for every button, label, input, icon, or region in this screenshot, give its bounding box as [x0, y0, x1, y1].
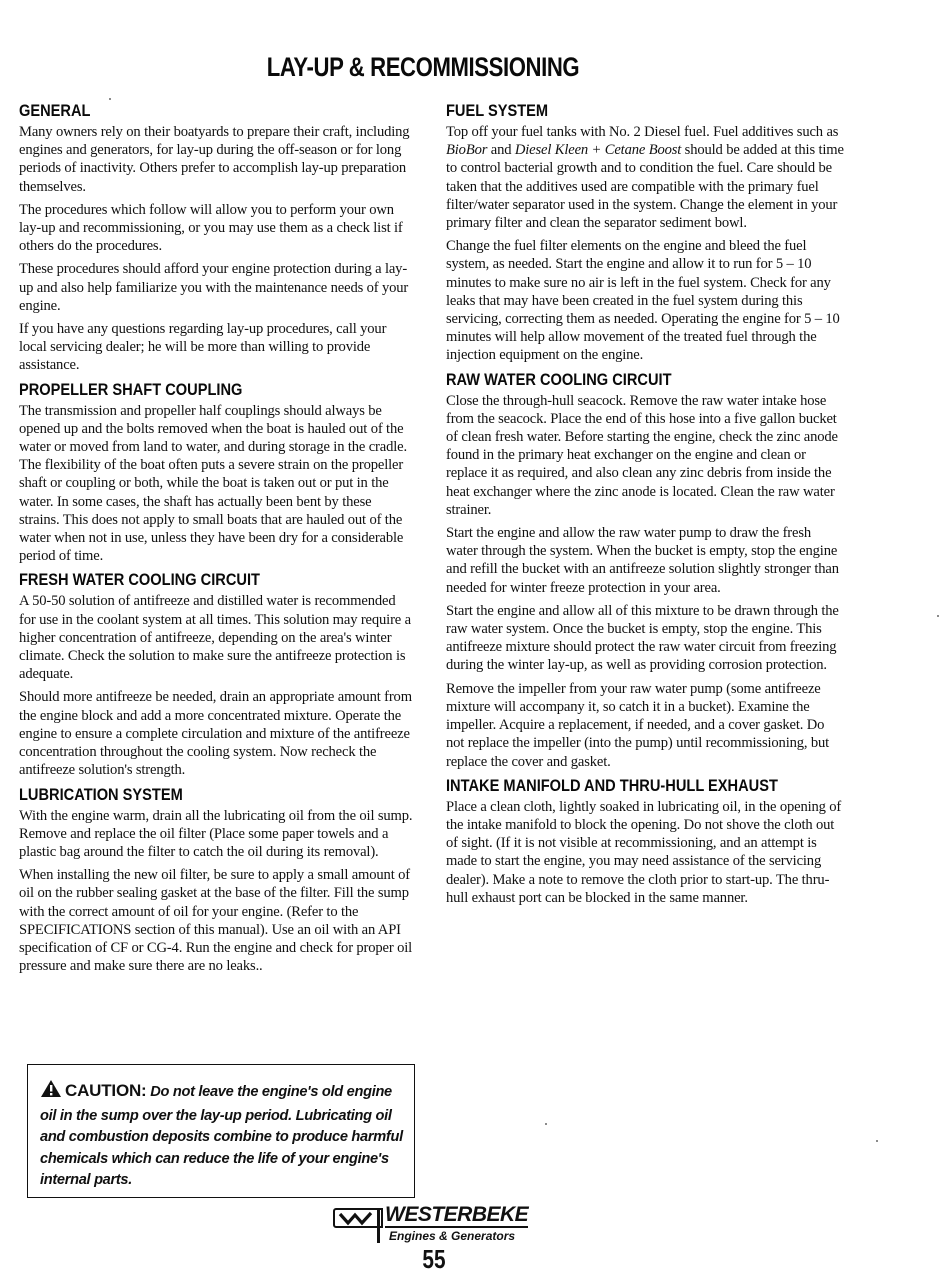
paragraph: If you have any questions regarding lay-… — [19, 320, 415, 375]
paragraph: Should more antifreeze be needed, drain … — [19, 688, 415, 779]
logo-stem — [377, 1210, 380, 1243]
paragraph: Many owners rely on their boatyards to p… — [19, 123, 415, 196]
section-heading: LUBRICATION SYSTEM — [19, 785, 360, 805]
section-heading: INTAKE MANIFOLD AND THRU-HULL EXHAUST — [446, 776, 788, 796]
warning-triangle-icon — [40, 1079, 62, 1106]
brand-tagline: Engines & Generators — [389, 1229, 515, 1243]
product-name-biobor: BioBor — [446, 142, 487, 158]
paragraph: Change the fuel filter elements on the e… — [446, 237, 844, 364]
section-fuel-system: FUEL SYSTEM Top off your fuel tanks with… — [446, 101, 844, 365]
right-column: FUEL SYSTEM Top off your fuel tanks with… — [446, 101, 844, 912]
paragraph: The transmission and propeller half coup… — [19, 402, 415, 566]
product-name-diesel-kleen: Diesel Kleen + Cetane Boost — [515, 142, 681, 158]
section-general: GENERAL Many owners rely on their boatya… — [19, 101, 415, 375]
paragraph: The procedures which follow will allow y… — [19, 201, 415, 256]
paragraph: Top off your fuel tanks with No. 2 Diese… — [446, 123, 844, 232]
paragraph: A 50-50 solution of antifreeze and disti… — [19, 592, 415, 683]
section-fresh-water-cooling-circuit: FRESH WATER COOLING CIRCUIT A 50-50 solu… — [19, 570, 415, 779]
paragraph: Remove the impeller from your raw water … — [446, 680, 844, 771]
section-heading: FUEL SYSTEM — [446, 101, 788, 121]
section-intake-manifold-thru-hull-exhaust: INTAKE MANIFOLD AND THRU-HULL EXHAUST Pl… — [446, 776, 844, 907]
scan-speck — [545, 1123, 547, 1125]
brand-name: WESTERBEKE — [385, 1204, 528, 1228]
left-column: GENERAL Many owners rely on their boatya… — [19, 101, 415, 980]
section-heading: GENERAL — [19, 101, 360, 121]
paragraph: Place a clean cloth, lightly soaked in l… — [446, 798, 844, 907]
caution-box: CAUTION: Do not leave the engine's old e… — [27, 1064, 415, 1198]
paragraph: Close the through-hull seacock. Remove t… — [446, 392, 844, 519]
scan-speck — [876, 1140, 878, 1142]
page-number: 55 — [87, 1244, 781, 1275]
paragraph: When installing the new oil filter, be s… — [19, 866, 415, 975]
scan-speck — [937, 615, 939, 617]
section-lubrication-system: LUBRICATION SYSTEM With the engine warm,… — [19, 785, 415, 976]
westerbeke-w-logo-icon — [333, 1208, 383, 1228]
section-propeller-shaft-coupling: PROPELLER SHAFT COUPLING The transmissio… — [19, 380, 415, 566]
caution-label: CAUTION: — [65, 1081, 147, 1100]
paragraph: With the engine warm, drain all the lubr… — [19, 807, 415, 862]
paragraph: These procedures should afford your engi… — [19, 260, 415, 315]
caution-text-block: CAUTION: Do not leave the engine's old e… — [40, 1079, 404, 1192]
page-title: LAY-UP & RECOMMISSIONING — [76, 52, 770, 83]
section-heading: RAW WATER COOLING CIRCUIT — [446, 370, 788, 390]
section-heading: PROPELLER SHAFT COUPLING — [19, 380, 360, 400]
section-heading: FRESH WATER COOLING CIRCUIT — [19, 570, 360, 590]
text-run: Top off your fuel tanks with No. 2 Diese… — [446, 124, 838, 140]
paragraph: Start the engine and allow the raw water… — [446, 524, 844, 597]
scan-speck — [109, 98, 111, 100]
text-run: and — [487, 142, 515, 158]
section-raw-water-cooling-circuit: RAW WATER COOLING CIRCUIT Close the thro… — [446, 370, 844, 771]
paragraph: Start the engine and allow all of this m… — [446, 602, 844, 675]
